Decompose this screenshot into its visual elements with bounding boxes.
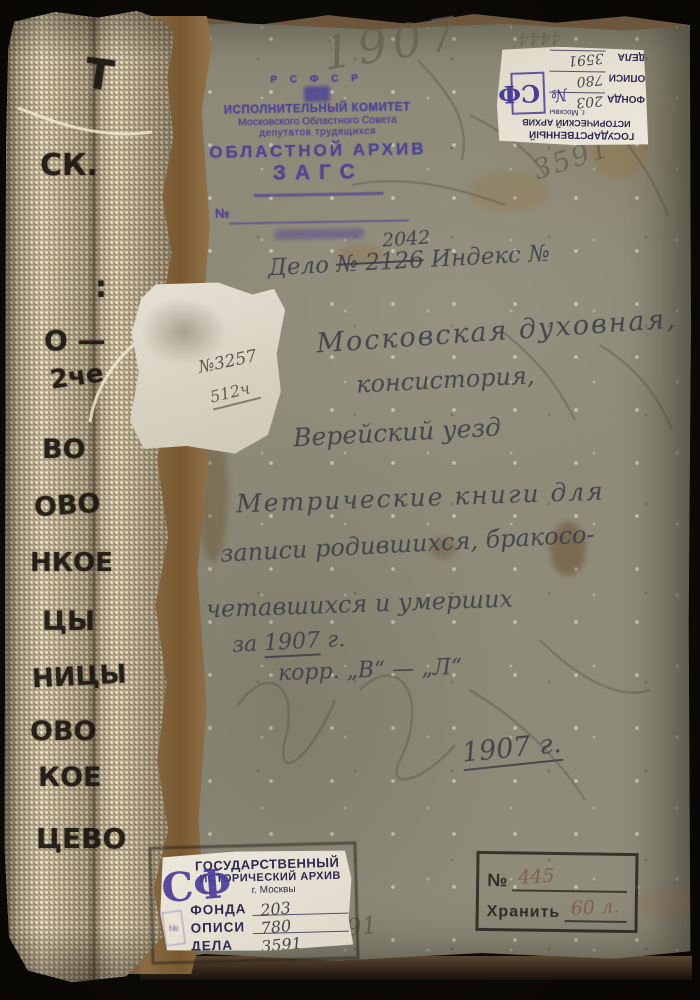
field-label: ФОНДА [605,93,645,105]
spine-text-fragment: Т [82,48,117,101]
stamp-line-archive: ОБЛАСТНОЙ АРХИВ [206,139,430,163]
spine-text-fragment: НКОЕ [30,548,113,578]
label-field-row: ДЕЛА 3591 [549,50,645,73]
field-label: ОПИСИ [605,72,645,84]
spine-text-fragment: ВО [42,434,86,465]
pencil-scribble-top-right: 4444 [518,27,562,48]
year-prefix: за [231,631,264,658]
field-value-handwritten: 780 [576,71,604,89]
keep-label: Хранить [487,903,561,922]
stamp-number-label: № [207,202,431,221]
field-label: ДЕЛА [606,51,646,63]
field-line: 203 [252,898,348,917]
stamp-emblem-smudge [304,86,330,102]
label-org-line3: г. Москвы [252,884,296,896]
field-label: ФОНДА [190,901,252,918]
stamp-number-row: № 445 [487,861,627,893]
case-prefix: Дело [268,252,337,282]
label-org-line2: ИСТОРИЧЕСКИЙ АРХИВ [522,117,631,129]
field-line: 203 [549,92,605,111]
archival-book-cover-photo: Т СК. : О — 2че ВО ОВО НКОЕ ЦЫ НИЦЫ ОВО … [0,0,700,1000]
field-value-handwritten: 203 [576,92,604,110]
keep-line: 60 л. [564,896,627,923]
year-suffix: г. [319,627,345,653]
spine-text-fragment: ОВО [30,716,97,747]
archive-label-top: ГОСУДАРСТВЕННЫЙ ИСТОРИЧЕСКИЙ АРХИВ г. Мо… [496,46,650,147]
spine-text-fragment: СК. [40,148,98,183]
number-value-handwritten: 445 [518,865,555,889]
archive-label-bottom: ГОСУДАРСТВЕННЫЙ ИСТОРИЧЕСКИЙ АРХИВ г. Мо… [159,849,354,954]
label-org-line1: ГОСУДАРСТВЕННЫЙ [529,128,634,141]
field-line: 780 [252,916,348,935]
spine-text-fragment: ЦЫ [42,606,95,637]
number-line: 445 [512,865,627,893]
burlap-spine: Т СК. : О — 2че ВО ОВО НКОЕ ЦЫ НИЦЫ ОВО … [4,10,174,986]
stamp-line-zags: ЗАГС [206,159,430,187]
stamp-rule [229,219,409,225]
field-label: ОПИСИ [190,919,252,936]
case-number-struck: № 2126 [336,247,425,278]
spine-text-fragment: : [95,270,107,305]
spine-text-fragment: КОЕ [38,762,101,793]
field-line: 3591 [549,50,605,69]
number-label: № [487,870,508,891]
stamp-rule [254,192,384,197]
purple-archive-stamp: Р С Ф С Р ИСПОЛНИТЕЛЬНЫЙ КОМИТЕТ Московс… [205,72,432,241]
stain [638,887,698,917]
keep-value-handwritten: 60 л. [570,895,620,920]
stamp-ink-smudge [274,228,364,240]
stamp-keep-row: Хранить 60 л. [487,891,627,923]
field-line: 780 [549,71,605,90]
label-fields: ФОНДА 203 ОПИСИ 780 ДЕЛА 3591 [190,897,349,955]
field-value-handwritten: 3591 [567,50,604,69]
sf-box-stamp: СФ [510,72,545,115]
spine-text-fragment: НИЦЫ [31,660,127,695]
year-value: 1907 [263,628,320,658]
label-field-row: ОПИСИ 780 [549,71,645,94]
sf-mark: СФ [498,79,541,109]
spine-text-fragment: ОВО [33,488,102,524]
spine-text-fragment: О — [44,324,106,357]
label-fields: ФОНДА 203 ОПИСИ 780 ДЕЛА 3591 [549,50,646,115]
label-field-row: ФОНДА 203 [549,92,645,115]
spine-text-fragment: ЦЕВО [36,822,126,855]
storage-term-stamp: № 445 Хранить 60 л. [475,851,638,933]
